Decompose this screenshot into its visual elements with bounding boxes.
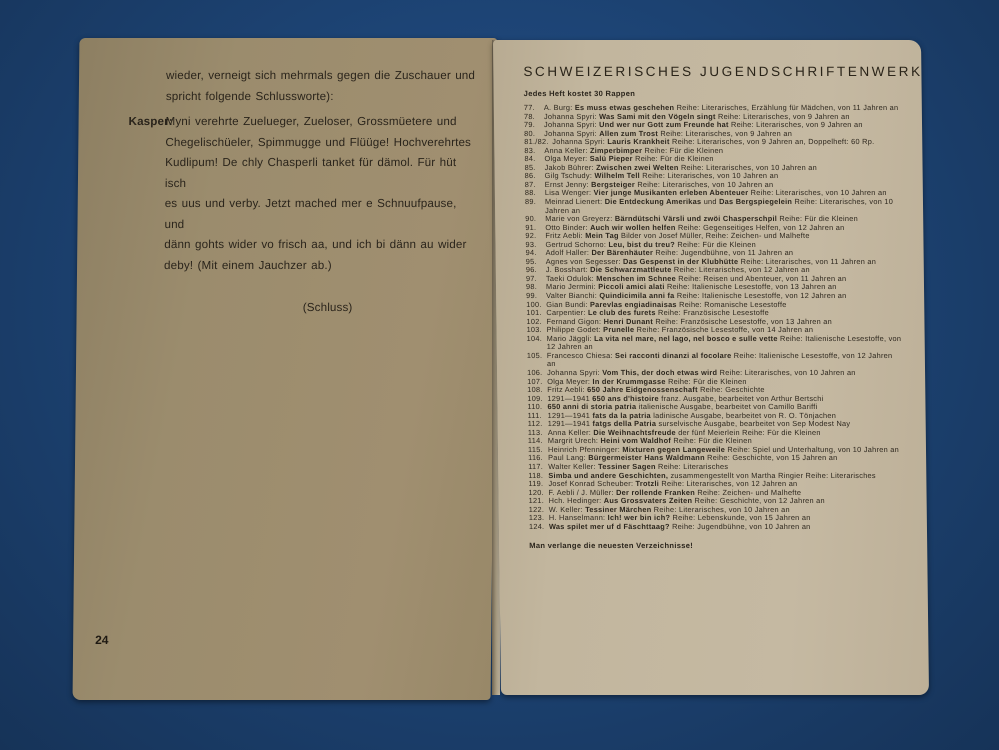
- entry-title: Was spilet mer uf d Fäschttaag?: [549, 522, 672, 531]
- entry-number: 105.: [527, 352, 547, 369]
- entry-title: Das Bergspiegelein: [719, 197, 795, 206]
- left-page: wieder, verneigt sich mehrmals gegen die…: [73, 38, 498, 700]
- right-page: SCHWEIZERISCHES JUGENDSCHRIFTENWERK Jede…: [493, 40, 929, 695]
- speaker-name: Kasper:: [128, 112, 165, 133]
- entry-title: Die Entdeckung Amerikas: [605, 197, 704, 206]
- play-ending-text: wieder, verneigt sich mehrmals gegen die…: [127, 66, 482, 319]
- footer-note: Man verlange die neuesten Verzeichnisse!: [529, 541, 905, 550]
- kasper-speech: Kasper: Myni verehrte Zuelueger, Zuelose…: [127, 112, 481, 276]
- closing-mark: (Schluss): [127, 298, 479, 319]
- price-note: Jedes Heft kostet 30 Rappen: [524, 89, 900, 98]
- entry-series: Reihe: Jugendbühne, von 10 Jahren an: [672, 522, 811, 531]
- entry-number: 104.: [527, 335, 547, 352]
- entry-number: 124.: [529, 523, 549, 532]
- catalog-entry: 104.Mario Jäggli: La vita nel mare, nel …: [527, 335, 903, 352]
- entry-number: 89.: [525, 198, 545, 215]
- page-number: 24: [95, 633, 109, 647]
- entry-title: Sei racconti dinanzi al focolare: [615, 351, 734, 360]
- entry-title: La vita nel mare, nel lago, nel bosco e …: [594, 334, 780, 343]
- stage-direction: wieder, verneigt sich mehrmals gegen die…: [129, 66, 481, 107]
- catalog-entry: 105.Francesco Chiesa: Sei racconti dinan…: [527, 352, 903, 369]
- catalog-entry: 89.Meinrad Lienert: Die Entdeckung Ameri…: [525, 198, 901, 215]
- series-title: SCHWEIZERISCHES JUGENDSCHRIFTENWERK: [523, 64, 899, 79]
- entry-author: Francesco Chiesa:: [547, 351, 615, 360]
- catalog-list: 77.A. Burg: Es muss etwas geschehen Reih…: [524, 104, 905, 531]
- catalog-entry: 124.Was spilet mer uf d Fäschttaag? Reih…: [529, 523, 905, 532]
